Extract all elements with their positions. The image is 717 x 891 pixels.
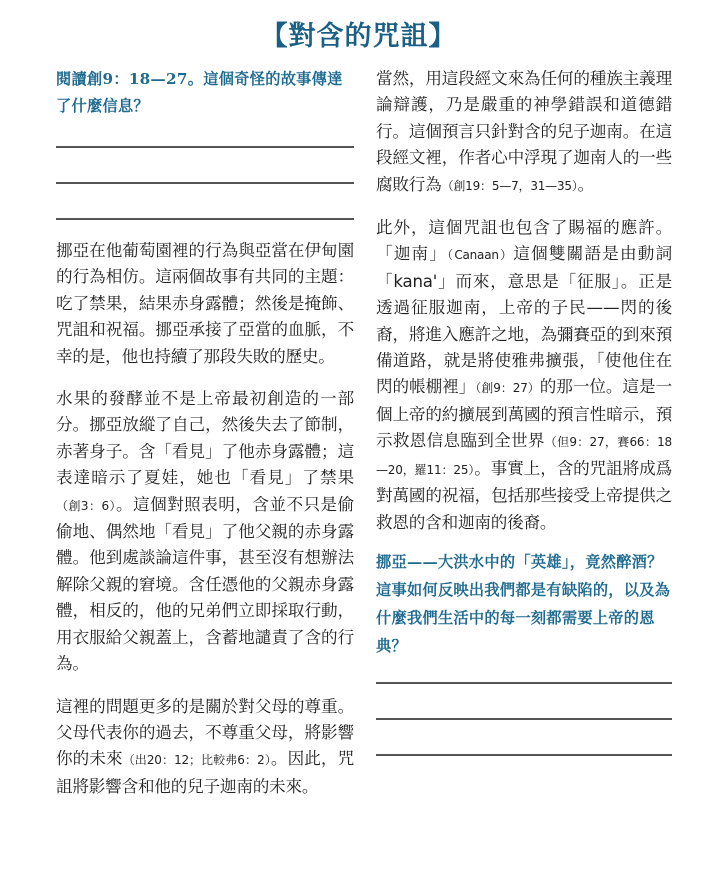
answer-line[interactable] (56, 146, 354, 148)
answer-lines-1[interactable] (56, 146, 354, 220)
paragraph-text: 。 (578, 175, 594, 194)
answer-line[interactable] (376, 718, 672, 720)
paragraph-honor-parents: 這裡的問題更多的是關於對父母的尊重。父母代表你的過去，不尊重父母，將影響你的未來… (56, 694, 354, 801)
answer-line[interactable] (376, 682, 672, 684)
paragraph-text: 水果的發酵並不是上帝最初創造的一部分。挪亞放縱了自己，然後失去了節制，赤著身子。… (56, 389, 354, 487)
paragraph-text: 這個雙關語是由動詞「kana'」而來，意思是「征服」。正是透過征服迦南，上帝的子… (376, 244, 672, 396)
scripture-reference: （創3：6） (56, 499, 116, 513)
page-title: 【對含的咒詛】 (0, 14, 717, 53)
paragraph-fermentation: 水果的發酵並不是上帝最初創造的一部分。挪亞放縱了自己，然後失去了節制，赤著身子。… (56, 386, 354, 677)
paragraph-blessing-promise: 此外，這個咒詛也包含了賜福的應許。「迦南」（Canaan）這個雙關語是由動詞「k… (376, 215, 672, 536)
paragraph-adam-parallel: 挪亞在他葡萄園裡的行為與亞當在伊甸園的行為相仿。這兩個故事有共同的主題：吃了禁果… (56, 238, 354, 370)
answer-line[interactable] (56, 182, 354, 184)
scripture-reference: （創19：5—7，31—35） (442, 179, 578, 193)
left-column: 閱讀創9：18—27。這個奇怪的故事傳達了什麼信息？ 挪亞在他葡萄園裡的行為與亞… (56, 66, 354, 800)
scripture-reference: （創9：27） (475, 381, 539, 395)
study-question-2: 挪亞——大洪水中的「英雄」，竟然醉酒？這事如何反映出我們都是有缺陷的，以及為什麼… (376, 548, 672, 660)
answer-lines-2[interactable] (376, 682, 672, 756)
canaan-term: （Canaan） (447, 248, 513, 262)
paragraph-text: 。這個對照表明，含並不只是偷偷地、偶然地「看見」了他父親的赤身露體。他到處談論這… (56, 495, 354, 673)
paragraph-racism-warning: 當然，用這段經文來為任何的種族主義理論辯護，乃是嚴重的神學錯誤和道德錯行。這個預… (376, 66, 672, 199)
scripture-reference: （出20：12；比較弗6：2） (123, 753, 271, 767)
paragraph-text: 當然，用這段經文來為任何的種族主義理論辯護，乃是嚴重的神學錯誤和道德錯行。這個預… (376, 69, 672, 194)
right-column: 當然，用這段經文來為任何的種族主義理論辯護，乃是嚴重的神學錯誤和道德錯行。這個預… (376, 66, 672, 756)
answer-line[interactable] (376, 754, 672, 756)
study-question-1: 閱讀創9：18—27。這個奇怪的故事傳達了什麼信息？ (56, 66, 354, 120)
